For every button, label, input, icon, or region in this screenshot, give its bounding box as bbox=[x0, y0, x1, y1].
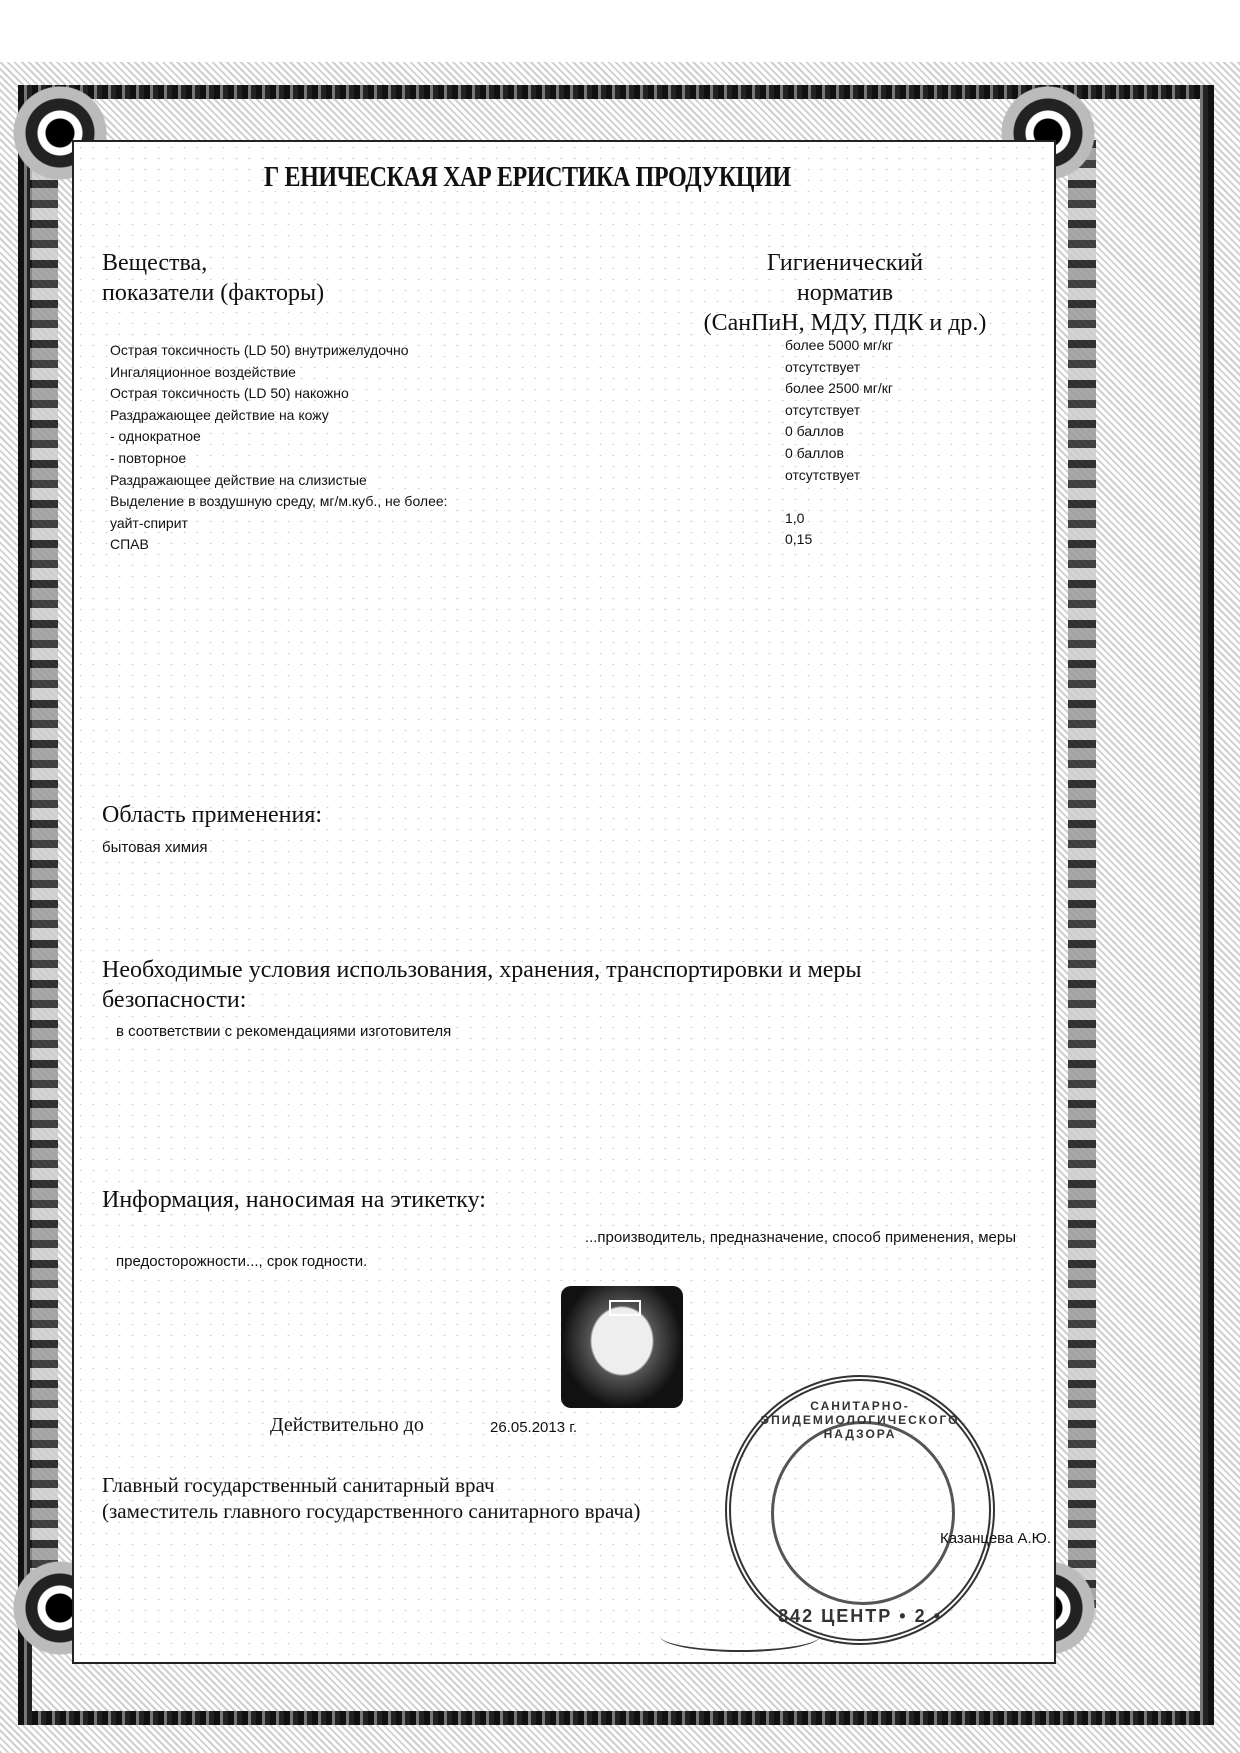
norm-cell: 1,0 bbox=[785, 508, 893, 530]
signatory-name: Казанцева А.Ю. bbox=[940, 1530, 1051, 1547]
stamp-outer-text: САНИТАРНО-ЭПИДЕМИОЛОГИЧЕСКОГО НАДЗОРА bbox=[731, 1399, 989, 1441]
conditions-text: в соответствии с рекомендациями изготови… bbox=[116, 1020, 451, 1044]
indicator-cell: Острая токсичность (LD 50) внутрижелудоч… bbox=[110, 340, 448, 362]
norm-cell: отсутствует bbox=[785, 357, 893, 379]
norm-cell: более 5000 мг/кг bbox=[785, 335, 893, 357]
validity-date: 26.05.2013 г. bbox=[490, 1416, 577, 1440]
indicator-cell: Ингаляционное воздействие bbox=[110, 362, 448, 384]
stamp-inner-ring bbox=[771, 1421, 955, 1605]
header-line: (СанПиН, МДУ, ПДК и др.) bbox=[680, 308, 1010, 338]
header-line: показатели (факторы) bbox=[102, 278, 324, 308]
signatory-subtitle: (заместитель главного государственного с… bbox=[102, 1496, 640, 1526]
label-info-line2: предосторожности..., срок годности. bbox=[116, 1250, 367, 1274]
indicator-cell: Выделение в воздушную среду, мг/м.куб., … bbox=[110, 491, 448, 513]
norm-cell: отсутствует bbox=[785, 465, 893, 487]
norm-cell: отсутствует bbox=[785, 400, 893, 422]
application-text: бытовая химия bbox=[102, 836, 208, 860]
norm-cell bbox=[785, 486, 893, 508]
header-line: Гигиенический bbox=[680, 248, 1010, 278]
norm-cell: 0,15 bbox=[785, 529, 893, 551]
conditions-heading: Необходимые условия использования, хране… bbox=[102, 955, 1002, 1015]
official-stamp-icon: САНИТАРНО-ЭПИДЕМИОЛОГИЧЕСКОГО НАДЗОРА 84… bbox=[725, 1375, 995, 1645]
decorative-wave-left bbox=[30, 140, 58, 1620]
norm-cell: 0 баллов bbox=[785, 421, 893, 443]
decorative-wave-right bbox=[1068, 140, 1096, 1620]
validity-label: Действительно до bbox=[270, 1413, 424, 1437]
application-heading: Область применения: bbox=[102, 800, 322, 830]
norm-cell: 0 баллов bbox=[785, 443, 893, 465]
document-title: Г ЕНИЧЕСКАЯ ХАР ЕРИСТИКА ПРОДУКЦИИ bbox=[264, 162, 814, 194]
label-info-line1: ...производитель, предназначение, способ… bbox=[116, 1226, 1016, 1250]
indicators-column-header: Вещества, показатели (факторы) bbox=[102, 248, 324, 308]
norms-list: более 5000 мг/кг отсутствует более 2500 … bbox=[785, 335, 893, 551]
label-info-heading: Информация, наносимая на этикетку: bbox=[102, 1185, 486, 1215]
indicator-cell: - повторное bbox=[110, 448, 448, 470]
hologram-window bbox=[609, 1300, 641, 1316]
indicator-cell: - однократное bbox=[110, 426, 448, 448]
header-line: Вещества, bbox=[102, 248, 324, 278]
indicator-cell: уайт-спирит bbox=[110, 513, 448, 535]
signature-icon bbox=[660, 1620, 820, 1652]
norm-cell: более 2500 мг/кг bbox=[785, 378, 893, 400]
header-line: норматив bbox=[680, 278, 1010, 308]
label-info-line1-text: ...производитель, предназначение, способ… bbox=[585, 1229, 1016, 1246]
norms-column-header: Гигиенический норматив (СанПиН, МДУ, ПДК… bbox=[680, 248, 1010, 338]
indicator-cell: Раздражающее действие на кожу bbox=[110, 405, 448, 427]
indicators-list: Острая токсичность (LD 50) внутрижелудоч… bbox=[110, 340, 448, 556]
indicator-cell: СПАВ bbox=[110, 534, 448, 556]
indicator-cell: Острая токсичность (LD 50) накожно bbox=[110, 383, 448, 405]
hologram-seal-icon bbox=[561, 1286, 683, 1408]
indicator-cell: Раздражающее действие на слизистые bbox=[110, 470, 448, 492]
